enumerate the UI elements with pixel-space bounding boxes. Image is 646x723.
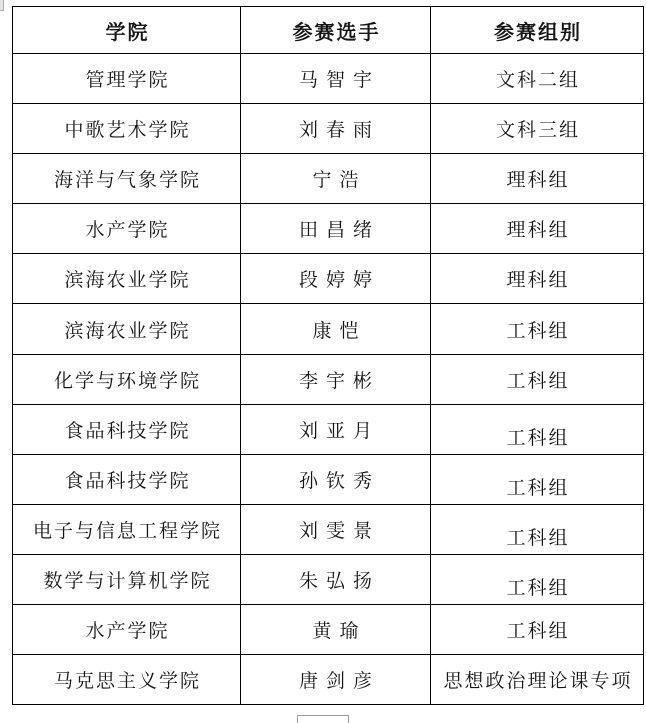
table-row: 中歌艺术学院 刘春雨 文科三组 [13,104,644,154]
group-cell: 工科组 [431,454,644,504]
contestant-cell: 刘雯景 [241,504,431,554]
college-cell: 滨海农业学院 [13,304,241,354]
group-cell: 工科组 [431,304,644,354]
group-cell: 文科二组 [431,54,644,104]
table-row: 化学与环境学院 李宇彬 工科组 [13,354,644,404]
college-cell: 中歌艺术学院 [13,104,241,154]
group-cell: 思想政治理论课专项 [431,655,644,705]
table-row: 水产学院 黄瑜 工科组 [13,605,644,655]
college-cell: 滨海农业学院 [13,254,241,304]
header-row: 学院 参赛选手 参赛组别 [13,7,644,54]
group-cell: 工科组 [431,354,644,404]
contestant-cell: 刘亚月 [241,404,431,454]
college-cell: 电子与信息工程学院 [13,504,241,554]
college-cell: 水产学院 [13,605,241,655]
group-cell: 工科组 [431,504,644,554]
contestant-cell: 宁浩 [241,154,431,204]
partial-box-artifact [297,715,349,723]
table-row: 海洋与气象学院 宁浩 理科组 [13,154,644,204]
table-row: 马克思主义学院 唐剑彦 思想政治理论课专项 [13,655,644,705]
college-cell: 化学与环境学院 [13,354,241,404]
college-cell: 食品科技学院 [13,404,241,454]
college-cell: 食品科技学院 [13,454,241,504]
contestant-roster-table: 学院 参赛选手 参赛组别 管理学院 马智宇 文科二组 中歌艺术学院 刘春雨 文科… [12,6,644,705]
table-row: 滨海农业学院 段婷婷 理科组 [13,254,644,304]
table-row: 电子与信息工程学院 刘雯景 工科组 [13,504,644,554]
group-cell: 理科组 [431,204,644,254]
table-row: 管理学院 马智宇 文科二组 [13,54,644,104]
group-cell: 理科组 [431,154,644,204]
group-cell: 文科三组 [431,104,644,154]
group-cell: 工科组 [431,554,644,604]
table-row: 食品科技学院 刘亚月 工科组 [13,404,644,454]
group-cell: 理科组 [431,254,644,304]
contestant-cell: 黄瑜 [241,605,431,655]
contestant-cell: 康恺 [241,304,431,354]
college-cell: 数学与计算机学院 [13,554,241,604]
contestant-cell: 刘春雨 [241,104,431,154]
table-row: 水产学院 田昌绪 理科组 [13,204,644,254]
college-cell: 海洋与气象学院 [13,154,241,204]
contestant-cell: 朱弘扬 [241,554,431,604]
college-cell: 管理学院 [13,54,241,104]
group-cell: 工科组 [431,404,644,454]
corner-artifact [0,0,4,11]
contestant-cell: 孙钦秀 [241,454,431,504]
contestant-cell: 马智宇 [241,54,431,104]
contestant-cell: 唐剑彦 [241,655,431,705]
contestant-cell: 段婷婷 [241,254,431,304]
group-cell: 工科组 [431,605,644,655]
college-cell: 水产学院 [13,204,241,254]
table-row: 食品科技学院 孙钦秀 工科组 [13,454,644,504]
table-row: 滨海农业学院 康恺 工科组 [13,304,644,354]
contestant-cell: 田昌绪 [241,204,431,254]
contestant-cell: 李宇彬 [241,354,431,404]
header-contestant: 参赛选手 [241,7,431,54]
college-cell: 马克思主义学院 [13,655,241,705]
document-page: 学院 参赛选手 参赛组别 管理学院 马智宇 文科二组 中歌艺术学院 刘春雨 文科… [0,0,646,723]
header-group: 参赛组别 [431,7,644,54]
header-college: 学院 [13,7,241,54]
table-row: 数学与计算机学院 朱弘扬 工科组 [13,554,644,604]
